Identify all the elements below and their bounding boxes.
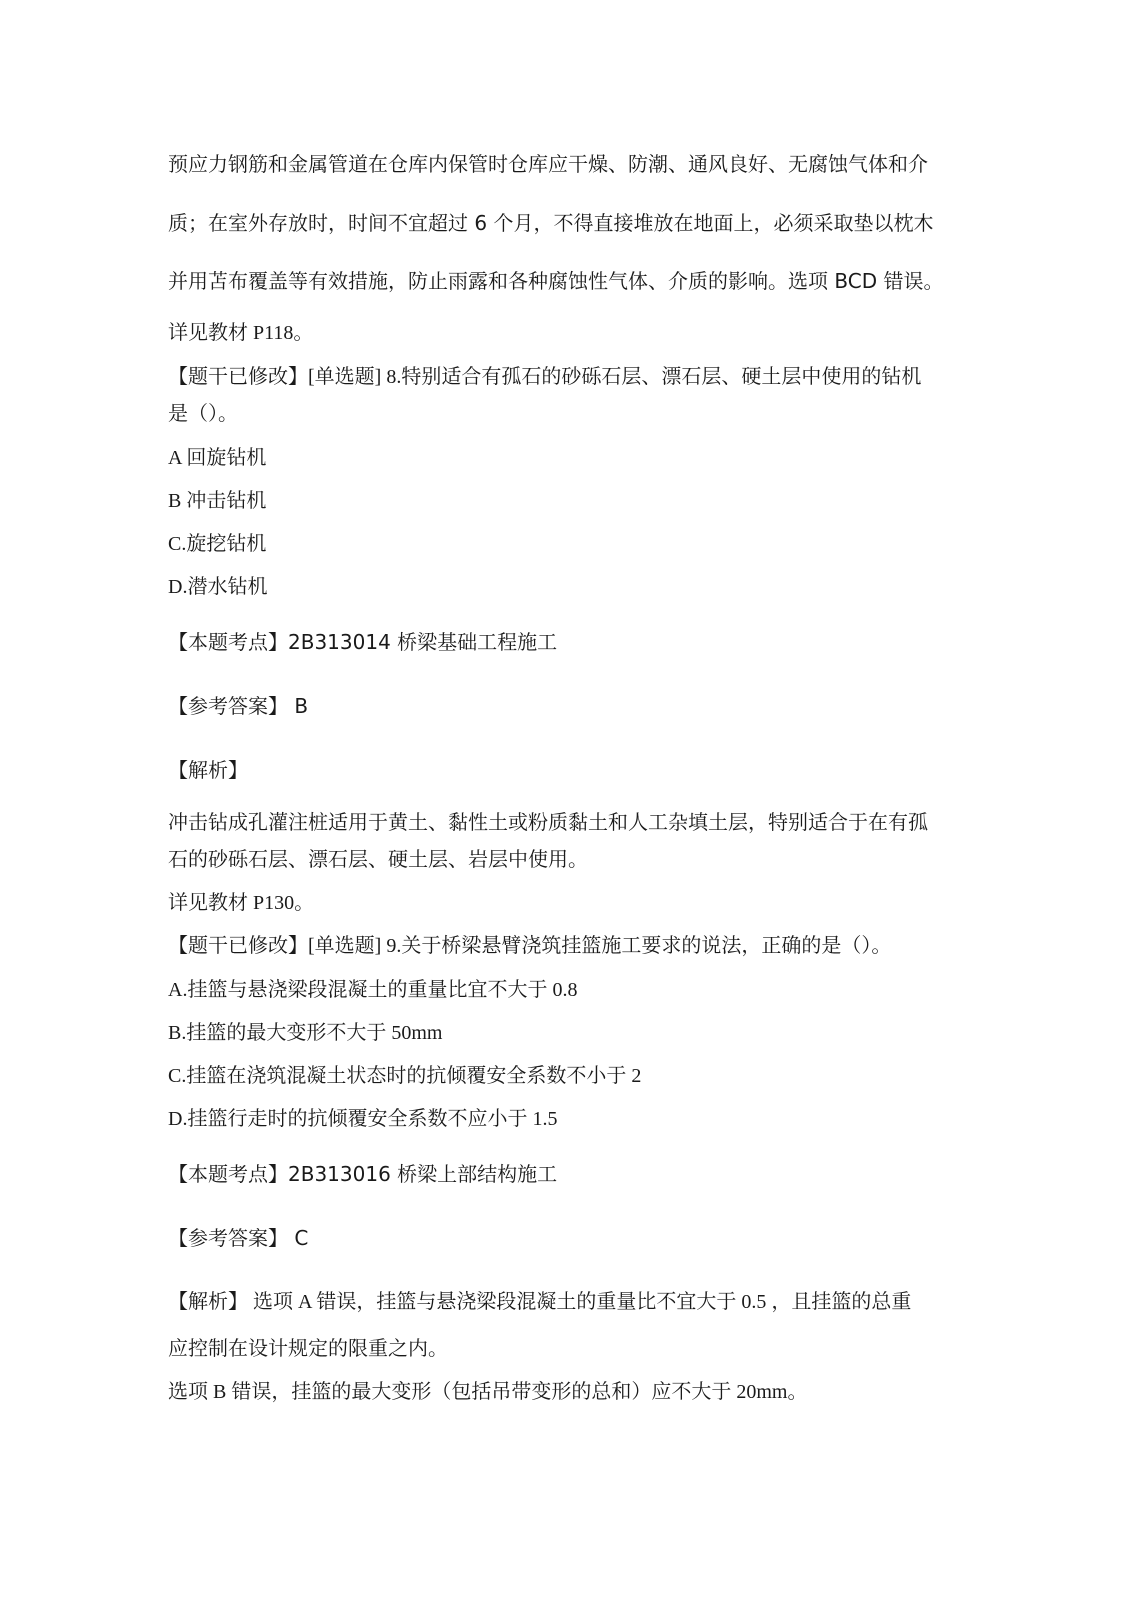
- topic-label: 【本题考点】2B313016 桥梁上部结构施工: [168, 1160, 557, 1188]
- textbook-reference: 详见教材 P130。: [168, 889, 314, 917]
- explanation-line: 质；在室外存放时，时间不宜超过 6 个月，不得直接堆放在地面上，必须采取垫以枕木: [168, 209, 933, 237]
- explanation-line: 并用苫布覆盖等有效措施，防止雨露和各种腐蚀性气体、介质的影响。选项 BCD 错误…: [168, 267, 943, 295]
- option-b: B.挂篮的最大变形不大于 50mm: [168, 1019, 442, 1047]
- option-b: B 冲击钻机: [168, 487, 266, 515]
- question-stem: 是（）。: [168, 400, 238, 428]
- answer-label: 【参考答案】 C: [168, 1224, 308, 1252]
- analysis-line: 【解析】 选项 A 错误，挂篮与悬浇梁段混凝土的重量比不宜大于 0.5 ，且挂篮…: [168, 1288, 911, 1316]
- option-d: D.潜水钻机: [168, 573, 267, 601]
- explanation-line: 预应力钢筋和金属管道在仓库内保管时仓库应干燥、防潮、通风良好、无腐蚀气体和介: [168, 150, 928, 178]
- topic-label: 【本题考点】2B313014 桥梁基础工程施工: [168, 628, 557, 656]
- textbook-reference: 详见教材 P118。: [168, 319, 313, 347]
- option-c: C.旋挖钻机: [168, 530, 266, 558]
- question-stem: 【题干已修改】[单选题] 8.特别适合有孤石的砂砾石层、漂石层、硬土层中使用的钻…: [168, 363, 921, 391]
- answer-label: 【参考答案】 B: [168, 692, 308, 720]
- question-stem: 【题干已修改】[单选题] 9.关于桥梁悬臂浇筑挂篮施工要求的说法，正确的是（）。: [168, 932, 891, 960]
- analysis-heading: 【解析】: [168, 756, 248, 784]
- analysis-line: 选项 B 错误，挂篮的最大变形（包括吊带变形的总和）应不大于 20mm。: [168, 1378, 807, 1406]
- analysis-line: 冲击钻成孔灌注桩适用于黄土、黏性土或粉质黏土和人工杂填土层，特别适合于在有孤: [168, 809, 928, 837]
- option-a: A.挂篮与悬浇梁段混凝土的重量比宜不大于 0.8: [168, 976, 577, 1004]
- document-page: 预应力钢筋和金属管道在仓库内保管时仓库应干燥、防潮、通风良好、无腐蚀气体和介 质…: [0, 0, 1131, 1600]
- option-c: C.挂篮在浇筑混凝土状态时的抗倾覆安全系数不小于 2: [168, 1062, 641, 1090]
- analysis-line: 石的砂砾石层、漂石层、硬土层、岩层中使用。: [168, 846, 588, 874]
- analysis-line: 应控制在设计规定的限重之内。: [168, 1335, 448, 1363]
- option-d: D.挂篮行走时的抗倾覆安全系数不应小于 1.5: [168, 1105, 557, 1133]
- option-a: A 回旋钻机: [168, 444, 266, 472]
